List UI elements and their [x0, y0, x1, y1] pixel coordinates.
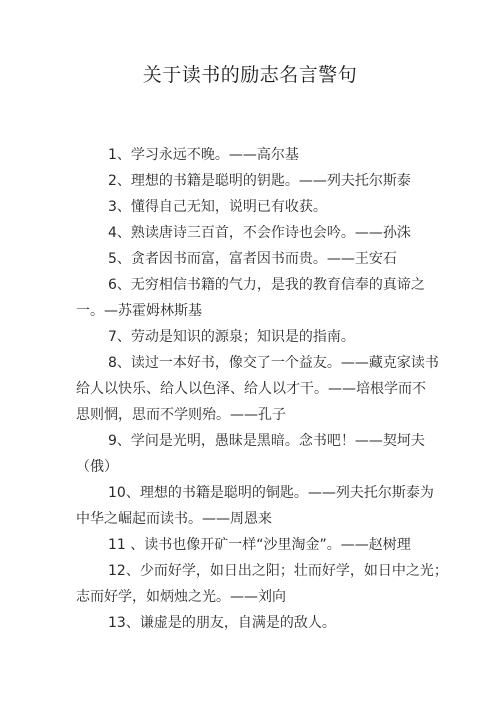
quote-line-10-continued: 中华之崛起而读书。——周恩来 [76, 506, 436, 532]
quote-line-5: 5、贪者因书而富，富者因书而贵。——王安石 [76, 246, 436, 272]
quote-line-11: 11 、读书也像开矿一样“沙里淘金”。——赵树理 [76, 532, 436, 558]
quote-line-4: 4、熟读唐诗三百首，不会作诗也会吟。——孙洙 [76, 220, 436, 246]
quote-line-3: 3、懂得自己无知，说明已有收获。 [76, 194, 436, 220]
quote-line-10: 10、理想的书籍是聪明的铜匙。——列夫托尔斯泰为 [76, 480, 436, 506]
document-title: 关于读书的励志名言警句 [0, 62, 500, 88]
quote-line-9-continued: （俄） [76, 454, 436, 480]
quote-line-12-continued: 志而好学，如炳烛之光。——刘向 [76, 584, 436, 610]
quote-line-1: 1、学习永远不晚。——高尔基 [76, 142, 436, 168]
quote-list: 1、学习永远不晚。——高尔基 2、理想的书籍是聪明的钥匙。——列夫托尔斯泰 3、… [76, 142, 436, 636]
quote-line-8-continued-a: 给人以快乐、给人以色泽、给人以才干。——培根学而不 [76, 376, 436, 402]
quote-line-2: 2、理想的书籍是聪明的钥匙。——列夫托尔斯泰 [76, 168, 436, 194]
document-page: 关于读书的励志名言警句 1、学习永远不晚。——高尔基 2、理想的书籍是聪明的钥匙… [0, 0, 500, 707]
quote-line-12: 12、少而好学，如日出之阳；壮而好学，如日中之光； [76, 558, 436, 584]
quote-line-6-continued: 一。—苏霍姆林斯基 [76, 298, 436, 324]
quote-line-9: 9、学问是光明，愚昧是黑暗。念书吧！——契坷夫 [76, 428, 436, 454]
quote-line-13: 13、谦虚是的朋友，自满是的敌人。 [76, 610, 436, 636]
quote-line-8: 8、读过一本好书，像交了一个益友。——藏克家读书 [76, 350, 436, 376]
quote-line-8-continued-b: 思则惘，思而不学则殆。——孔子 [76, 402, 436, 428]
quote-line-6: 6、无穷相信书籍的气力，是我的教育信奉的真谛之 [76, 272, 436, 298]
quote-line-7: 7、劳动是知识的源泉；知识是的指南。 [76, 324, 436, 350]
